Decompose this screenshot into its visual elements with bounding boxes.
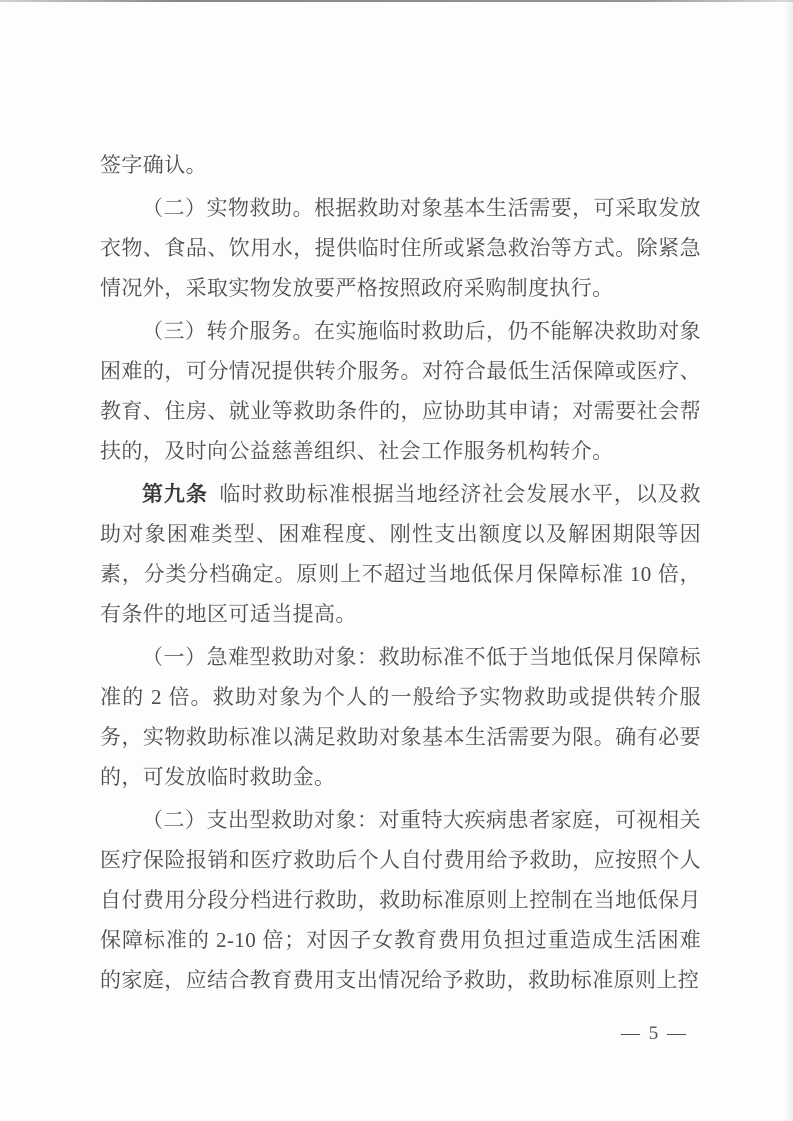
- document-body: 签字确认。 （二）实物救助。根据救助对象基本生活需要，可采取发放衣物、食品、饮用…: [100, 145, 701, 1003]
- paragraph-text: （二）支出型救助对象：对重特大疾病患者家庭，可视相关医疗保险报销和医疗救助后个人…: [100, 808, 701, 992]
- paragraph: （三）转介服务。在实施临时救助后，仍不能解决救助对象困难的，可分情况提供转介服务…: [100, 311, 701, 471]
- paragraph: （一）急难型救助对象：救助标准不低于当地低保月保障标准的 2 倍。救助对象为个人…: [100, 637, 701, 797]
- paragraph-article-9: 第九条临时救助标准根据当地经济社会发展水平，以及救助对象困难类型、困难程度、刚性…: [100, 474, 701, 634]
- paragraph-text: （二）实物救助。根据救助对象基本生活需要，可采取发放衣物、食品、饮用水，提供临时…: [100, 196, 701, 300]
- paragraph: （二）实物救助。根据救助对象基本生活需要，可采取发放衣物、食品、饮用水，提供临时…: [100, 188, 701, 308]
- article-number-label: 第九条: [142, 482, 208, 506]
- scan-right-edge-artifact: [784, 0, 793, 1121]
- paragraph-text: （三）转介服务。在实施临时救助后，仍不能解决救助对象困难的，可分情况提供转介服务…: [100, 319, 701, 463]
- scanned-document-page: { "document": { "language": "zh-CN", "pa…: [0, 0, 793, 1121]
- paragraph-text: （一）急难型救助对象：救助标准不低于当地低保月保障标准的 2 倍。救助对象为个人…: [100, 645, 701, 789]
- page-number: — 5 —: [621, 1022, 688, 1046]
- paragraph: 签字确认。: [100, 145, 701, 185]
- paragraph: （二）支出型救助对象：对重特大疾病患者家庭，可视相关医疗保险报销和医疗救助后个人…: [100, 800, 701, 1000]
- scan-top-edge-artifact: [0, 0, 793, 2]
- paragraph-text: 签字确认。: [100, 153, 207, 177]
